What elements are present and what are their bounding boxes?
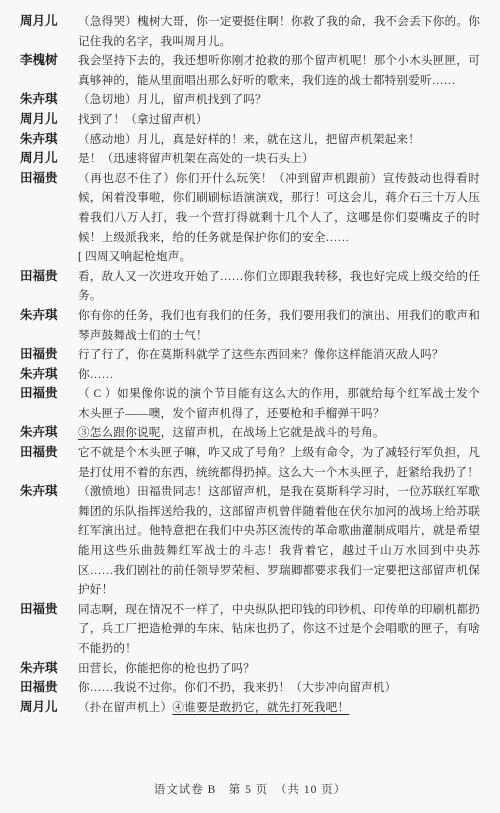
- dialogue-segment: 你……: [78, 368, 113, 381]
- dialogue-segment: （急切地）月儿，留声机找到了吗？: [78, 93, 267, 106]
- dialogue-text: 你……我说不过你。你们不扔，我来扔！（大步冲向留声机）: [78, 678, 480, 698]
- speaker-name: 田福贵: [20, 600, 78, 620]
- script-line: 田福贵 同志啊，现在情况不一样了，中央纵队把印钱的印钞机、印传单的印刷机都扔了，…: [20, 600, 480, 659]
- script-line: 朱卉琪 （感动地）月儿，真是好样的！来，就在这儿，把留声机架起来！: [20, 130, 480, 150]
- dialogue-segment: 它不就是个木头匣子嘛，咋又成了号角？上级有命令，为了减轻行军负担，凡是打仗用不着…: [78, 446, 480, 479]
- script-line: [ 四周又响起枪炮声。: [20, 247, 480, 267]
- script-line: 李槐树 我会坚持下去的，我还想听你刚才抢救的那个留声机呢！那个小木头匣匣，可真够…: [20, 51, 480, 90]
- dialogue-segment: 行了行了，你在莫斯科就学了这些东西回来？像你这样能消灭敌人吗？: [78, 348, 444, 361]
- dialogue-text: （急得哭）槐树大哥，你一定要挺住啊！你救了我的命，我不会丢下你的。你记住我的名字…: [78, 12, 480, 51]
- dialogue-segment: 你……我说不过你。你们不扔，我来扔！（大步冲向留声机）: [78, 681, 396, 694]
- script-line: 田福贵 它不就是个木头匣子嘛，咋又成了号角？上级有命令，为了减轻行军负担，凡是打…: [20, 443, 480, 482]
- speaker-name: 田福贵: [20, 169, 78, 189]
- dialogue-segment: 田营长，你能把你的枪也扔了吗？: [78, 662, 255, 675]
- speaker-name: 朱卉琪: [20, 423, 78, 443]
- dialogue-text: （急切地）月儿，留声机找到了吗？: [78, 90, 480, 110]
- speaker-name: 田福贵: [20, 443, 78, 463]
- script-line: 周月儿 （急得哭）槐树大哥，你一定要挺住啊！你救了我的命，我不会丢下你的。你记住…: [20, 12, 480, 51]
- dialogue-segment: 是！（迅速将留声机架在高处的一块石头上）: [78, 152, 314, 165]
- dialogue-text: 我会坚持下去的，我还想听你刚才抢救的那个留声机呢！那个小木头匣匣，可真够神的，能…: [78, 51, 480, 90]
- dialogue-segment: 同志啊，现在情况不一样了，中央纵队把印钱的印钞机、印传单的印刷机都扔了，兵工厂把…: [78, 603, 480, 655]
- script-line: 周月儿 找到了！（拿过留声机）: [20, 110, 480, 130]
- dialogue-segment: [ 四周又响起枪炮声。: [78, 250, 191, 263]
- dialogue-segment: 我会坚持下去的，我还想听你刚才抢救的那个留声机呢！那个小木头匣匣，可真够神的，能…: [78, 54, 480, 87]
- script-line: 朱卉琪 （激愤地）田福贵同志！这部留声机，是我在莫斯科学习时，一位苏联红军歌舞团…: [20, 482, 480, 600]
- script-line: 朱卉琪 ③怎么跟你说呢，这留声机，在战场上它就是战斗的号角。: [20, 423, 480, 443]
- speaker-name: 田福贵: [20, 384, 78, 404]
- speaker-name: 朱卉琪: [20, 130, 78, 150]
- speaker-name: 朱卉琪: [20, 90, 78, 110]
- speaker-name: 田福贵: [20, 345, 78, 365]
- dialogue-segment: ，这留声机，在战场上它就是战斗的号角。: [161, 426, 385, 439]
- speaker-name: 周月儿: [20, 149, 78, 169]
- script-line: 朱卉琪 田营长，你能把你的枪也扔了吗？: [20, 659, 480, 679]
- script-line: 田福贵 （再也忍不住了）你们开什么玩笑！（冲到留声机跟前）宣传鼓动也得看时候，闲…: [20, 169, 480, 247]
- script-line: 周月儿 是！（迅速将留声机架在高处的一块石头上）: [20, 149, 480, 169]
- page-footer: 语文试卷 B 第 5 页 （共 10 页）: [0, 781, 500, 797]
- dialogue-segment: 找到了！（拿过留声机）: [78, 113, 208, 126]
- speaker-name: 田福贵: [20, 267, 78, 287]
- dialogue-text: 看，敌人又一次进攻开始了……你们立即跟我转移，我也好完成上级交给的任务。: [78, 267, 480, 306]
- dialogue-text: （扑在留声机上）④谁要是敢扔它，就先打死我吧！: [78, 698, 480, 718]
- speaker-name: 周月儿: [20, 12, 78, 32]
- dialogue-segment: 你有你的任务，我们也有我们的任务，我们要用我们的演出、用我们的歌声和琴声鼓舞战士…: [78, 309, 480, 342]
- script-line: 田福贵 你……我说不过你。你们不扔，我来扔！（大步冲向留声机）: [20, 678, 480, 698]
- speaker-name: 朱卉琪: [20, 365, 78, 385]
- drama-script: 周月儿 （急得哭）槐树大哥，你一定要挺住啊！你救了我的命，我不会丢下你的。你记住…: [0, 12, 500, 717]
- dialogue-text: （激愤地）田福贵同志！这部留声机，是我在莫斯科学习时，一位苏联红军歌舞团的乐队指…: [78, 482, 480, 600]
- dialogue-segment: （ C ）如果像你说的演个节目能有这么大的作用，那就给每个红军战士发个木头匣子—…: [78, 387, 480, 420]
- footer-text: 语文试卷 B 第 5 页 （共 10 页）: [154, 784, 347, 796]
- dialogue-text: 是！（迅速将留声机架在高处的一块石头上）: [78, 149, 480, 169]
- script-line: 田福贵 看，敌人又一次进攻开始了……你们立即跟我转移，我也好完成上级交给的任务。: [20, 267, 480, 306]
- speaker-name: 朱卉琪: [20, 659, 78, 679]
- exam-paper-page: 周月儿 （急得哭）槐树大哥，你一定要挺住啊！你救了我的命，我不会丢下你的。你记住…: [0, 0, 500, 813]
- dialogue-segment: （激愤地）田福贵同志！这部留声机，是我在莫斯科学习时，一位苏联红军歌舞团的乐队指…: [78, 485, 480, 596]
- speaker-name: 周月儿: [20, 110, 78, 130]
- script-line: 朱卉琪 （急切地）月儿，留声机找到了吗？: [20, 90, 480, 110]
- script-line: 朱卉琪 你有你的任务，我们也有我们的任务，我们要用我们的演出、用我们的歌声和琴声…: [20, 306, 480, 345]
- dialogue-text: （感动地）月儿，真是好样的！来，就在这儿，把留声机架起来！: [78, 130, 480, 150]
- underlined-phrase: ③怎么跟你说呢: [78, 426, 161, 439]
- dialogue-text: （再也忍不住了）你们开什么玩笑！（冲到留声机跟前）宣传鼓动也得看时候，闲着没事啦…: [78, 169, 480, 247]
- script-line: 田福贵 行了行了，你在莫斯科就学了这些东西回来？像你这样能消灭敌人吗？: [20, 345, 480, 365]
- dialogue-text: （ C ）如果像你说的演个节目能有这么大的作用，那就给每个红军战士发个木头匣子—…: [78, 384, 480, 423]
- dialogue-text: 你……: [78, 365, 480, 385]
- script-line: 周月儿 （扑在留声机上）④谁要是敢扔它，就先打死我吧！: [20, 698, 480, 718]
- dialogue-text: 它不就是个木头匣子嘛，咋又成了号角？上级有命令，为了减轻行军负担，凡是打仗用不着…: [78, 443, 480, 482]
- dialogue-text: [ 四周又响起枪炮声。: [78, 247, 480, 267]
- script-line: 田福贵 （ C ）如果像你说的演个节目能有这么大的作用，那就给每个红军战士发个木…: [20, 384, 480, 423]
- dialogue-segment: （再也忍不住了）你们开什么玩笑！（冲到留声机跟前）宣传鼓动也得看时候，闲着没事啦…: [78, 172, 480, 244]
- dialogue-text: 行了行了，你在莫斯科就学了这些东西回来？像你这样能消灭敌人吗？: [78, 345, 480, 365]
- speaker-name: 朱卉琪: [20, 482, 78, 502]
- dialogue-text: 你有你的任务，我们也有我们的任务，我们要用我们的演出、用我们的歌声和琴声鼓舞战士…: [78, 306, 480, 345]
- speaker-name: 朱卉琪: [20, 306, 78, 326]
- dialogue-segment: 看，敌人又一次进攻开始了……你们立即跟我转移，我也好完成上级交给的任务。: [78, 270, 480, 303]
- dialogue-text: 同志啊，现在情况不一样了，中央纵队把印钱的印钞机、印传单的印刷机都扔了，兵工厂把…: [78, 600, 480, 659]
- speaker-name: 田福贵: [20, 678, 78, 698]
- dialogue-text: ③怎么跟你说呢，这留声机，在战场上它就是战斗的号角。: [78, 423, 480, 443]
- underlined-phrase: ④谁要是敢扔它，就先打死我吧！: [172, 701, 349, 714]
- dialogue-segment: （感动地）月儿，真是好样的！来，就在这儿，把留声机架起来！: [78, 133, 420, 146]
- script-line: 朱卉琪 你……: [20, 365, 480, 385]
- speaker-name: 周月儿: [20, 698, 78, 718]
- dialogue-segment: （急得哭）槐树大哥，你一定要挺住啊！你救了我的命，我不会丢下你的。你记住我的名字…: [78, 15, 480, 48]
- dialogue-segment: （扑在留声机上）: [78, 701, 172, 714]
- dialogue-text: 找到了！（拿过留声机）: [78, 110, 480, 130]
- dialogue-text: 田营长，你能把你的枪也扔了吗？: [78, 659, 480, 679]
- speaker-name: 李槐树: [20, 51, 78, 71]
